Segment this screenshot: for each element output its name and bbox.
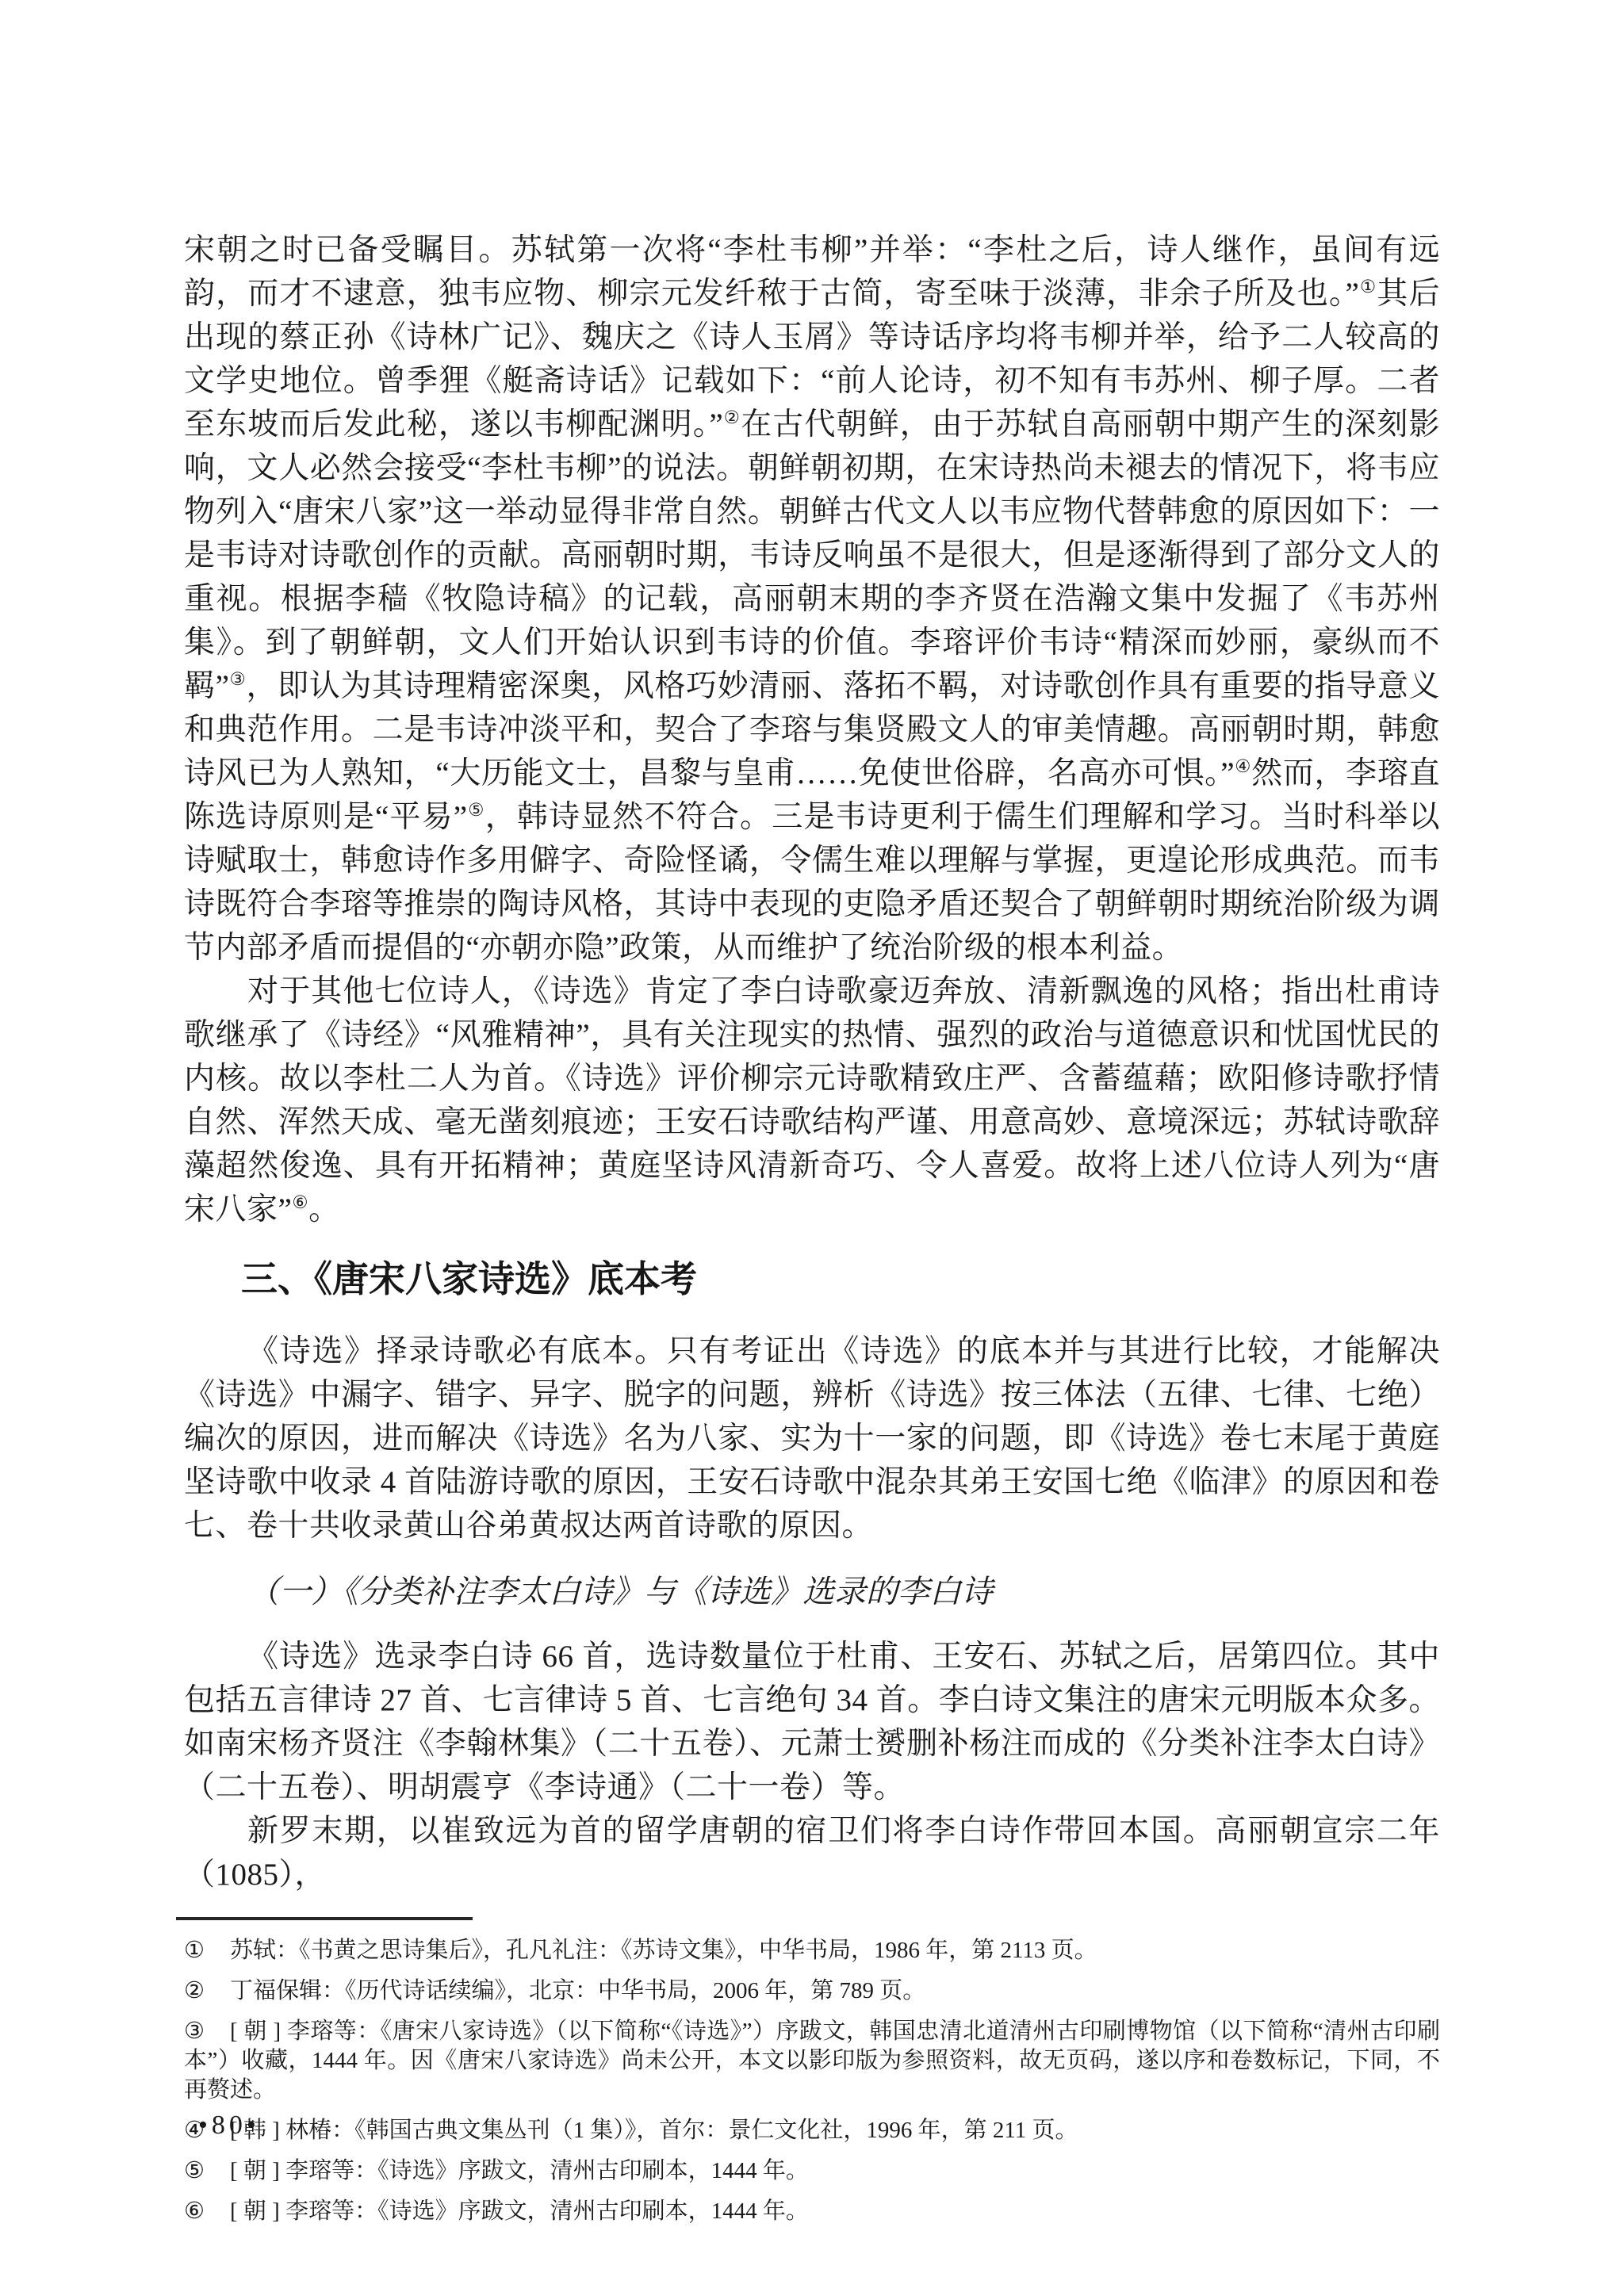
body-paragraph: 《诗选》择录诗歌必有底本。只有考证出《诗选》的底本并与其进行比较，才能解决《诗选… [184,1330,1440,1548]
section-heading: 三、《唐宋八家诗选》底本考 [184,1257,1440,1301]
article-body: 宋朝之时已备受瞩目。苏轼第一次将“李杜韦柳”并举：“李杜之后，诗人继作，虽间有远… [184,228,1440,2237]
footnote-item: ①苏轼：《书黄之思诗集后》，孔凡礼注：《苏诗文集》，中华书局，1986 年，第 … [184,1936,1440,1965]
footnote-marker: ③ [184,2017,230,2046]
footnote-ref: ④ [1235,756,1251,776]
body-paragraph: 新罗末期，以崔致远为首的留学唐朝的宿卫们将李白诗作带回本国。高丽朝宣宗二年（10… [184,1809,1440,1896]
footnote-text: [ 朝 ] 李瑢等：《诗选》序跋文，清州古印刷本，1444 年。 [230,2158,809,2183]
footnote-separator [176,1917,473,1920]
footnote-text: [ 朝 ] 李瑢等：《唐宋八家诗选》（以下简称“《诗选》”）序跋文，韩国忠清北道… [184,2019,1440,2103]
body-paragraph: 《诗选》选录李白诗 66 首，选诗数量位于杜甫、王安石、苏轼之后，居第四位。其中… [184,1635,1440,1809]
footnote-text: 苏轼：《书黄之思诗集后》，孔凡礼注：《苏诗文集》，中华书局，1986 年，第 2… [230,1938,1097,1963]
body-paragraph: 对于其他七位诗人，《诗选》肯定了李白诗歌豪迈奔放、清新飘逸的风格；指出杜甫诗歌继… [184,970,1440,1231]
subsection-heading: （一）《分类补注李太白诗》与《诗选》选录的李白诗 [184,1571,1440,1613]
footnote-marker: ① [184,1936,230,1965]
body-paragraph: 宋朝之时已备受瞩目。苏轼第一次将“李杜韦柳”并举：“李杜之后，诗人继作，虽间有远… [184,228,1440,970]
footnote-ref: ⑤ [468,800,485,820]
footnote-list: ①苏轼：《书黄之思诗集后》，孔凡礼注：《苏诗文集》，中华书局，1986 年，第 … [184,1936,1440,2226]
footnote-ref: ⑥ [292,1192,308,1212]
scanned-paper-page: 宋朝之时已备受瞩目。苏轼第一次将“李杜韦柳”并举：“李杜之后，诗人继作，虽间有远… [0,0,1624,2296]
footnote-item: ②丁福保辑：《历代诗话续编》，北京：中华书局，2006 年，第 789 页。 [184,1976,1440,2006]
footnote-ref: ③ [229,669,246,689]
footnote-marker: ② [184,1976,230,2006]
footnote-ref: ② [723,408,741,427]
footnote-marker: ⑥ [184,2197,230,2226]
footnote-item: ③[ 朝 ] 李瑢等：《唐宋八家诗选》（以下简称“《诗选》”）序跋文，韩国忠清北… [184,2017,1440,2105]
footnote-text: 丁福保辑：《历代诗话续编》，北京：中华书局，2006 年，第 789 页。 [230,1978,925,2003]
footnote-item: ⑥[ 朝 ] 李瑢等：《诗选》序跋文，清州古印刷本，1444 年。 [184,2197,1440,2226]
footnote-item: ⑤[ 朝 ] 李瑢等：《诗选》序跋文，清州古印刷本，1444 年。 [184,2156,1440,2186]
footnote-item: ④[ 韩 ] 林椿：《韩国古典文集丛刊（1 集）》，首尔：景仁文化社，1996 … [184,2116,1440,2145]
page-number: •80• [198,2110,260,2141]
footnote-ref: ① [1359,277,1377,297]
footnote-text: [ 朝 ] 李瑢等：《诗选》序跋文，清州古印刷本，1444 年。 [230,2198,809,2224]
footnote-marker: ⑤ [184,2156,230,2186]
footnote-text: [ 韩 ] 林椿：《韩国古典文集丛刊（1 集）》，首尔：景仁文化社，1996 年… [230,2118,1078,2143]
